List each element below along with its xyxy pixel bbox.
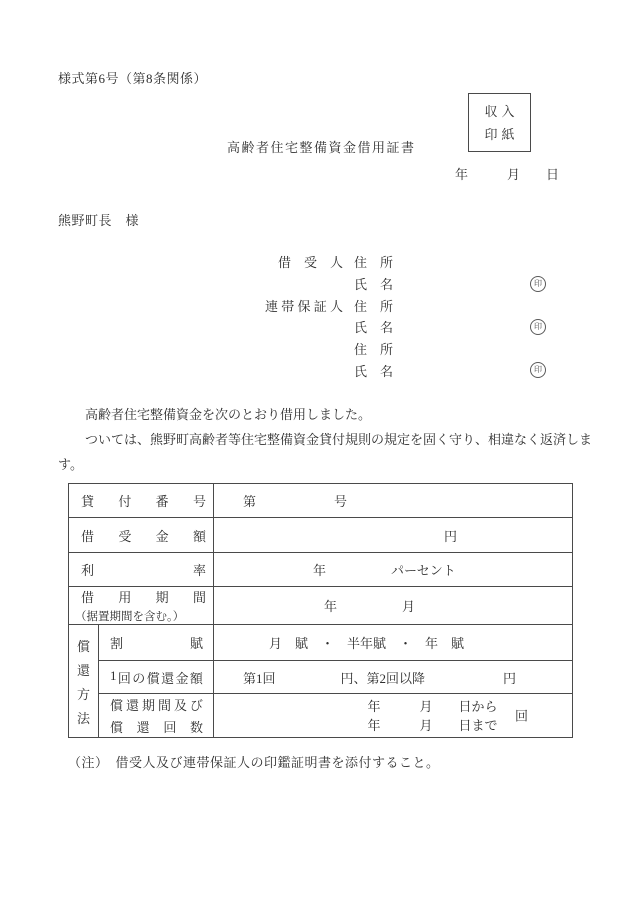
repayment-amount-value: 第1回 円、第2回以降 円 (214, 661, 572, 693)
repayment-period-label-line1: 償還期間及び (110, 695, 203, 714)
table-row-interest-rate: 利率 年 パーセント (69, 552, 572, 586)
installment-type-value: 月 賦 ・ 半年賦 ・ 年 賦 (214, 625, 572, 660)
table-row-loan-period: 借用期間 （据置期間を含む。） 年 月 (69, 586, 572, 624)
table-section-repayment-method: 償還方法 割賦 月 賦 ・ 半年賦 ・ 年 賦 1回の償還金額 第1回 円、第2… (69, 624, 572, 737)
revenue-stamp-label-line1: 収入 (480, 100, 518, 123)
address-label: 住 所 (354, 296, 393, 315)
guarantor2-address-line: 住 所 (265, 338, 565, 360)
revenue-stamp-label-line2: 印紙 (480, 123, 518, 146)
paragraph-1: 高齢者住宅整備資金を次のとおり借用しました。 (58, 402, 595, 427)
table-row-installment-type: 割賦 月 賦 ・ 半年賦 ・ 年 賦 (99, 625, 572, 660)
parties-block: 借 受 人 住 所 氏 名 印 連帯保証人 住 所 氏 名 印 住 所 氏 名 … (265, 251, 565, 381)
repayment-period-value: 年 月 日から 年 月 日まで 回 (214, 694, 572, 737)
borrower-role-label: 借 受 人 (265, 252, 343, 271)
guarantor-address-line: 連帯保証人 住 所 (265, 294, 565, 316)
loan-conditions-table: 貸付番号 第 号 借受金額 円 利率 年 パーセント 借用期間 （据置期間を含む… (68, 483, 573, 738)
name-label: 氏 名 (354, 274, 393, 293)
table-row-loan-amount: 借受金額 円 (69, 517, 572, 552)
repayment-period-to: 年 月 日まで (367, 716, 497, 735)
document-title: 高齢者住宅整備資金借用証書 (227, 137, 416, 156)
revenue-stamp-box: 収入 印紙 (468, 93, 531, 152)
date-line: 年 月 日 (455, 164, 559, 183)
loan-period-label: 借用期間 (81, 587, 206, 606)
guarantor-role-label: 連帯保証人 (265, 296, 343, 315)
loan-amount-value: 円 (214, 518, 572, 552)
interest-rate-label: 利率 (81, 560, 206, 579)
table-row-loan-number: 貸付番号 第 号 (69, 484, 572, 517)
loan-period-value: 年 月 (214, 587, 572, 624)
interest-rate-value: 年 パーセント (214, 553, 572, 586)
name-label: 氏 名 (354, 361, 393, 380)
repayment-amount-label: 1回の償還金額 (110, 668, 203, 687)
paragraph-2: ついては、熊野町高齢者等住宅整備資金貸付規則の規定を固く守り、相違なく返済します… (58, 427, 595, 477)
guarantor2-name-line: 氏 名 印 (265, 359, 565, 381)
loan-period-label-note: （据置期間を含む。） (75, 608, 206, 624)
seal-icon: 印 (530, 319, 546, 335)
body-text: 高齢者住宅整備資金を次のとおり借用しました。 ついては、熊野町高齢者等住宅整備資… (58, 402, 595, 477)
loan-number-value: 第 号 (214, 484, 572, 517)
form-number: 様式第6号（第8条関係） (58, 68, 207, 87)
borrower-address-line: 借 受 人 住 所 (265, 251, 565, 273)
repayment-period-label-line2: 償還回数 (110, 717, 203, 736)
table-row-repayment-amount: 1回の償還金額 第1回 円、第2回以降 円 (99, 660, 572, 693)
installment-type-label: 割賦 (110, 633, 203, 652)
addressee: 熊野町長 様 (58, 210, 139, 229)
repayment-method-group-label: 償還方法 (69, 625, 99, 737)
seal-icon: 印 (530, 276, 546, 292)
name-label: 氏 名 (354, 317, 393, 336)
loan-number-label: 貸付番号 (81, 491, 206, 510)
loan-amount-label: 借受金額 (81, 526, 206, 545)
repayment-count-unit: 回 (515, 706, 528, 725)
address-label: 住 所 (354, 339, 393, 358)
table-row-repayment-period: 償還期間及び 償還回数 年 月 日から 年 月 日まで 回 (99, 693, 572, 737)
repayment-period-from: 年 月 日から (367, 697, 497, 716)
address-label: 住 所 (354, 252, 393, 271)
borrower-name-line: 氏 名 印 (265, 273, 565, 295)
seal-icon: 印 (530, 362, 546, 378)
footer-note: （注） 借受人及び連帯保証人の印鑑証明書を添付すること。 (68, 752, 440, 771)
loan-certificate-document: { "document": { "form_number": "様式第6号（第8… (0, 0, 630, 915)
guarantor-name-line: 氏 名 印 (265, 316, 565, 338)
